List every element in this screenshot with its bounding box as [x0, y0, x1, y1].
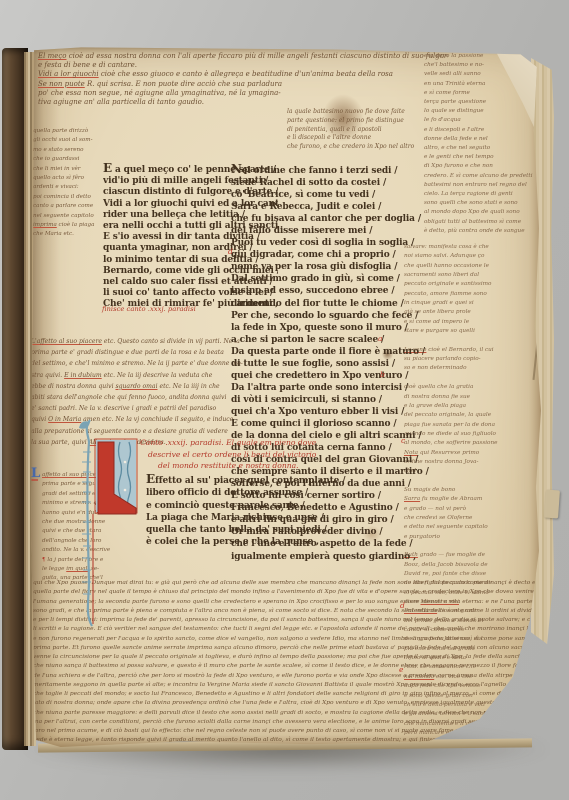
text-line: era dopo la passione [424, 52, 536, 61]
text-line: E come quinci il glorioso scanno / [231, 418, 439, 430]
gloss-top-right: era dopo la passioneche'l battesimo e no… [424, 52, 536, 236]
text-line: che li miei in vèr [33, 165, 105, 174]
text-line: nome va per la rosa giù disfoglia / [231, 261, 439, 273]
manuscript-photo: El meço cioè ad essa nostra donna con l'… [0, 0, 569, 800]
text-line: de li gradi de Judei così dal [404, 635, 522, 644]
text-line: mo e stato sereno [33, 146, 105, 155]
text-line: altro, e che nel seguito [424, 144, 536, 153]
text-line: ardenti e vivaci: [33, 183, 105, 192]
text-line: dirimendo del fior tutte le chiome / [231, 298, 439, 310]
text-line: e sì come forme [424, 89, 536, 98]
text-line: che Maria etc. [33, 230, 105, 239]
text-line: El meço cioè ad essa nostra donna con l'… [38, 52, 448, 61]
text-line: del primo grado e stando el [404, 617, 522, 626]
margin-letter: d [228, 247, 233, 256]
margin-letter: c [401, 436, 405, 445]
text-line: di Xpo furono e che non [424, 162, 536, 171]
gloss-initial-L: L [31, 466, 40, 481]
initial-filigree-art [68, 418, 146, 630]
fore-edge-tab [544, 490, 560, 519]
text-line: Vidi a lor giuochi cioè che esso giuoco … [38, 70, 448, 79]
margin-letter: d [400, 601, 405, 610]
text-line: a che si parton le sacre scalee / [231, 334, 439, 346]
text-line: di tutte le sue foglie, sono assisi / [231, 358, 439, 370]
text-line: di sotto lui cotanta cerna fanno / [231, 442, 439, 454]
text-line: le fo d'acqua [424, 116, 536, 125]
text-line: di vòti i semicirculi, si stanno / [231, 394, 439, 406]
text-line: Francesco, Benedetto e Agustino / [231, 502, 439, 514]
text-line: così di contra quel del gran Giovanni / [231, 454, 439, 466]
text-line: lo quale se distingue [424, 107, 536, 116]
text-line: la fede in Xpo, queste sono il muro / [231, 322, 439, 334]
text-line: tiva agiugne an' alla particella di tant… [38, 98, 448, 107]
text-line: co' Beatrice, sì come tu vedi / [231, 189, 439, 201]
text-line: poi comincia il detto [33, 193, 105, 202]
text-line: quella parte dirizzò [33, 127, 105, 136]
text-line: e gli diversi termini e li santi [404, 710, 522, 719]
text-line: infino al quale e della [404, 654, 522, 663]
text-line: che sempre santo il diserto e il martiro… [231, 466, 439, 478]
text-line: velle sedi alli sanno [424, 70, 536, 79]
text-line: dopo fede che Xpo venisse [404, 682, 522, 691]
text-line: Sarra e Rebecca, Judit e colei / [231, 201, 439, 213]
text-line: donne della fede e nel [424, 135, 536, 144]
gloss-top: El meço cioè ad essa nostra donna con l'… [38, 52, 448, 107]
margin-letter: a [378, 334, 382, 343]
text-line: quei che credettero in Xpo venturo / [231, 370, 439, 382]
text-line: credero. E sì come alcuno de predetti [424, 172, 536, 181]
text-line: che mancamento e li altri [404, 720, 522, 729]
text-line: ch'elli e della persona e voti [404, 701, 522, 710]
text-line: terça parte questione [424, 98, 536, 107]
text-line: igualmente empierà questo giardino , [231, 551, 439, 563]
text-line: sono quelli che sono stati e sono [424, 199, 536, 208]
text-line: de suo figliuolo quando pianse [404, 579, 522, 588]
text-line: Da l'altra parte onde sono intercisi / [231, 382, 439, 394]
text-line: E sotto lui così cerner sortiro / [231, 490, 439, 502]
text-column-2-canto32: Nel ordine che fanno i terzi sedi /siede… [231, 163, 439, 563]
text-line: cantar sì come ebree [404, 626, 522, 635]
text-line: battesimi non entraro nel regno del [424, 181, 536, 190]
text-line: e li discepoli e l'altre [424, 126, 536, 135]
text-line: gli occhi suoi al som- [33, 136, 105, 145]
text-line: en una Trinità eterna [424, 80, 536, 89]
text-line: David re, poi fante che disse [404, 570, 522, 579]
text-line: e festa di bene e di cantare. [38, 61, 448, 70]
text-line: Or mira l'alto proveder divino / [231, 526, 439, 538]
text-line: rosa. Le sante anime che [404, 663, 522, 672]
text-line: canto a parlare come [33, 202, 105, 211]
text-line: al mondo dopo Xpo de quali sono [424, 208, 536, 217]
text-line: quei ch'a Xpo venturo ebber li visi / [231, 406, 439, 418]
gloss-left-margin: quella parte dirizzògli occhi suoi al so… [33, 127, 105, 240]
margin-letter: e [399, 665, 403, 674]
text-line: cielo. La terça ragione di genti [424, 190, 536, 199]
text-line: po' che essa non segue, né agiugne alla … [38, 89, 448, 98]
text-line: Dal settimo grado in giù, sì come / [231, 273, 439, 285]
text-line: el peccato suo, onde el salmo [404, 589, 522, 598]
text-line: più entro sono nel grado [404, 645, 522, 654]
text-line: quello acto sì fêro [33, 174, 105, 183]
text-line: Se non puote R. qui scrisa. E non puote … [38, 80, 448, 89]
manuscript-page: El meço cioè ad essa nostra donna con l'… [30, 46, 541, 747]
text-line: siede Rachel di sotto da costei / [231, 177, 439, 189]
text-line: che fu bisava al cantor che per doglia / [231, 213, 439, 225]
text-line: e altri fin qua giù di giro in giro / [231, 514, 439, 526]
text-line: insino ad esso, succedono ebree / [231, 285, 439, 297]
text-line: e le genti che nel tempo [424, 153, 536, 162]
text-line: Da questa parte onde il fiore è maturo / [231, 346, 439, 358]
text-line: giù digradar, come chi a proprio / [231, 249, 439, 261]
text-line: obligati tutti al battesimo sì come [424, 218, 536, 227]
text-line: del fallo disse miserere mei / [231, 225, 439, 237]
text-line: che l'uno e l'altro aspetto de la fede / [231, 538, 439, 550]
explicit-rubric: finisce canto .xxxj. paradisi [102, 305, 196, 313]
margin-letter: b [380, 370, 385, 379]
text-line: de la donna del cielo e gli altri scanni… [231, 430, 439, 442]
text-line: disse Miserere mei [404, 598, 522, 607]
text-line: e sono queste gradi con [404, 692, 522, 701]
text-line: è detto, più contra onde de sangue [424, 227, 536, 236]
illuminated-initial-L [68, 418, 146, 634]
text-line: imprima cioè la piaga [33, 221, 105, 230]
text-line: Dal settimo cioè se gradi [404, 607, 522, 616]
text-line: che io guardassi [33, 155, 105, 164]
text-line: nel mondo etc. cioè che [404, 673, 522, 682]
text-line: sofferse, e poi l'inferno da due anni / [231, 478, 439, 490]
text-line: Puoi tu veder così di soglia in soglia / [231, 237, 439, 249]
text-line: nel seguente capitolo [33, 212, 105, 221]
text-line: Per che, secondo lo sguardo che fece / [231, 310, 439, 322]
text-line: che'l battesimo e no- [424, 61, 536, 70]
text-line: Nel ordine che fanno i terzi sedi / [231, 163, 439, 177]
